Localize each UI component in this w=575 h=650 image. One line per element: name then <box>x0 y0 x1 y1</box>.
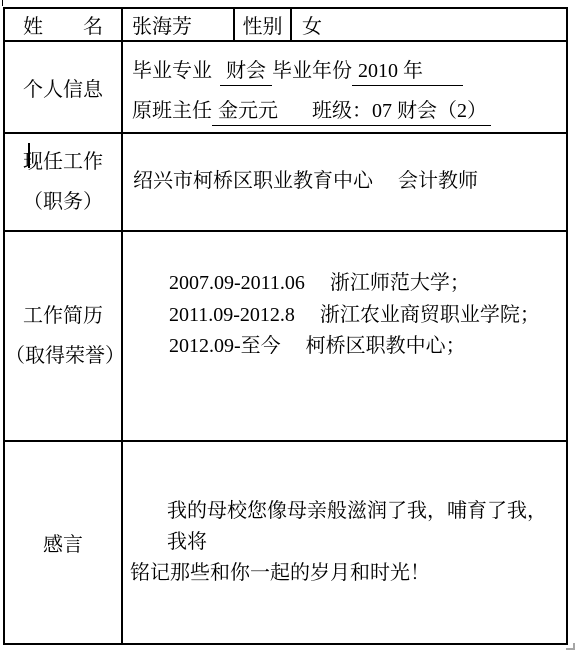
grad-year-value-underlined: 2010 年 <box>352 60 463 86</box>
resume-label-line1: 工作简历 <box>5 296 121 336</box>
personal-info-content-cell[interactable]: 毕业专业财会毕业年份2010 年 原班主任金元元班级：07 财会（2） <box>122 41 567 133</box>
personal-info-label: 个人信息 <box>23 79 103 101</box>
table-row: 姓 名 张海芳 性别 女 <box>4 8 567 41</box>
table-row: 工作简历 （取得荣誉） 2007.09-2011.06 浙江师范大学； 2011… <box>4 231 567 441</box>
class-value-underlined: 班级：07 财会（2） <box>312 100 491 126</box>
current-job-label-line1: 现任工作 <box>5 142 121 182</box>
remarks-label-cell[interactable]: 感言 <box>4 441 122 644</box>
name-label-cell[interactable]: 姓 名 <box>4 8 122 41</box>
resume-content-cell[interactable]: 2007.09-2011.06 浙江师范大学； 2011.09-2012.8 浙… <box>122 231 567 441</box>
remarks-content-cell[interactable]: 我的母校您像母亲般滋润了我，哺育了我，我将 铭记那些和你一起的岁月和时光！ <box>122 441 567 644</box>
current-job-label-line2: （职务） <box>5 182 121 222</box>
name-value: 张海芳 <box>132 16 192 38</box>
text-cursor <box>28 143 30 168</box>
remarks-line2: 铭记那些和你一起的岁月和时光！ <box>130 558 560 589</box>
document-page: 姓 名 张海芳 性别 女 个人信息 毕业专业财会毕业年份2010 年 <box>0 0 575 650</box>
table-row: 个人信息 毕业专业财会毕业年份2010 年 原班主任金元元班级：07 财会（2） <box>4 41 567 133</box>
cursor-artifact-top <box>2 0 3 6</box>
remarks-label: 感言 <box>43 534 83 556</box>
current-job-content: 绍兴市柯桥区职业教育中心 会计教师 <box>133 170 478 192</box>
table-row: 感言 我的母校您像母亲般滋润了我，哺育了我，我将 铭记那些和你一起的岁月和时光！ <box>4 441 567 644</box>
teacher-label: 原班主任 <box>132 100 212 122</box>
resume-label-cell[interactable]: 工作简历 （取得荣誉） <box>4 231 122 441</box>
resume-entry: 2011.09-2012.8 浙江农业商贸职业学院； <box>169 300 566 332</box>
name-value-cell[interactable]: 张海芳 <box>122 8 234 41</box>
current-job-label-cell[interactable]: 现任工作 （职务） <box>4 133 122 231</box>
table-row: 现任工作 （职务） 绍兴市柯桥区职业教育中心 会计教师 <box>4 133 567 231</box>
gender-label-cell[interactable]: 性别 <box>234 8 291 41</box>
remarks-line1: 我的母校您像母亲般滋润了我，哺育了我，我将 <box>130 496 560 558</box>
personal-info-line2: 原班主任金元元班级：07 财会（2） <box>132 91 566 131</box>
teacher-value-underlined: 金元元 <box>212 100 312 126</box>
grad-year-label: 毕业年份 <box>272 60 352 82</box>
personal-info-label-cell[interactable]: 个人信息 <box>4 41 122 133</box>
gender-label: 性别 <box>243 16 283 38</box>
personal-info-table: 姓 名 张海芳 性别 女 个人信息 毕业专业财会毕业年份2010 年 <box>3 7 568 645</box>
personal-info-line1: 毕业专业财会毕业年份2010 年 <box>132 51 566 91</box>
name-label: 姓 名 <box>23 16 103 38</box>
gender-value-underlined: 女 <box>300 16 332 41</box>
major-value-underlined: 财会 <box>220 60 272 86</box>
resume-entry: 2007.09-2011.06 浙江师范大学； <box>169 268 566 300</box>
table-resize-handle[interactable] <box>566 643 575 650</box>
resume-label-line2: （取得荣誉） <box>5 336 121 376</box>
resume-entry: 2012.09-至今 柯桥区职教中心； <box>169 331 566 363</box>
gender-value-cell[interactable]: 女 <box>291 8 567 41</box>
major-label: 毕业专业 <box>132 60 212 82</box>
current-job-content-cell[interactable]: 绍兴市柯桥区职业教育中心 会计教师 <box>122 133 567 231</box>
